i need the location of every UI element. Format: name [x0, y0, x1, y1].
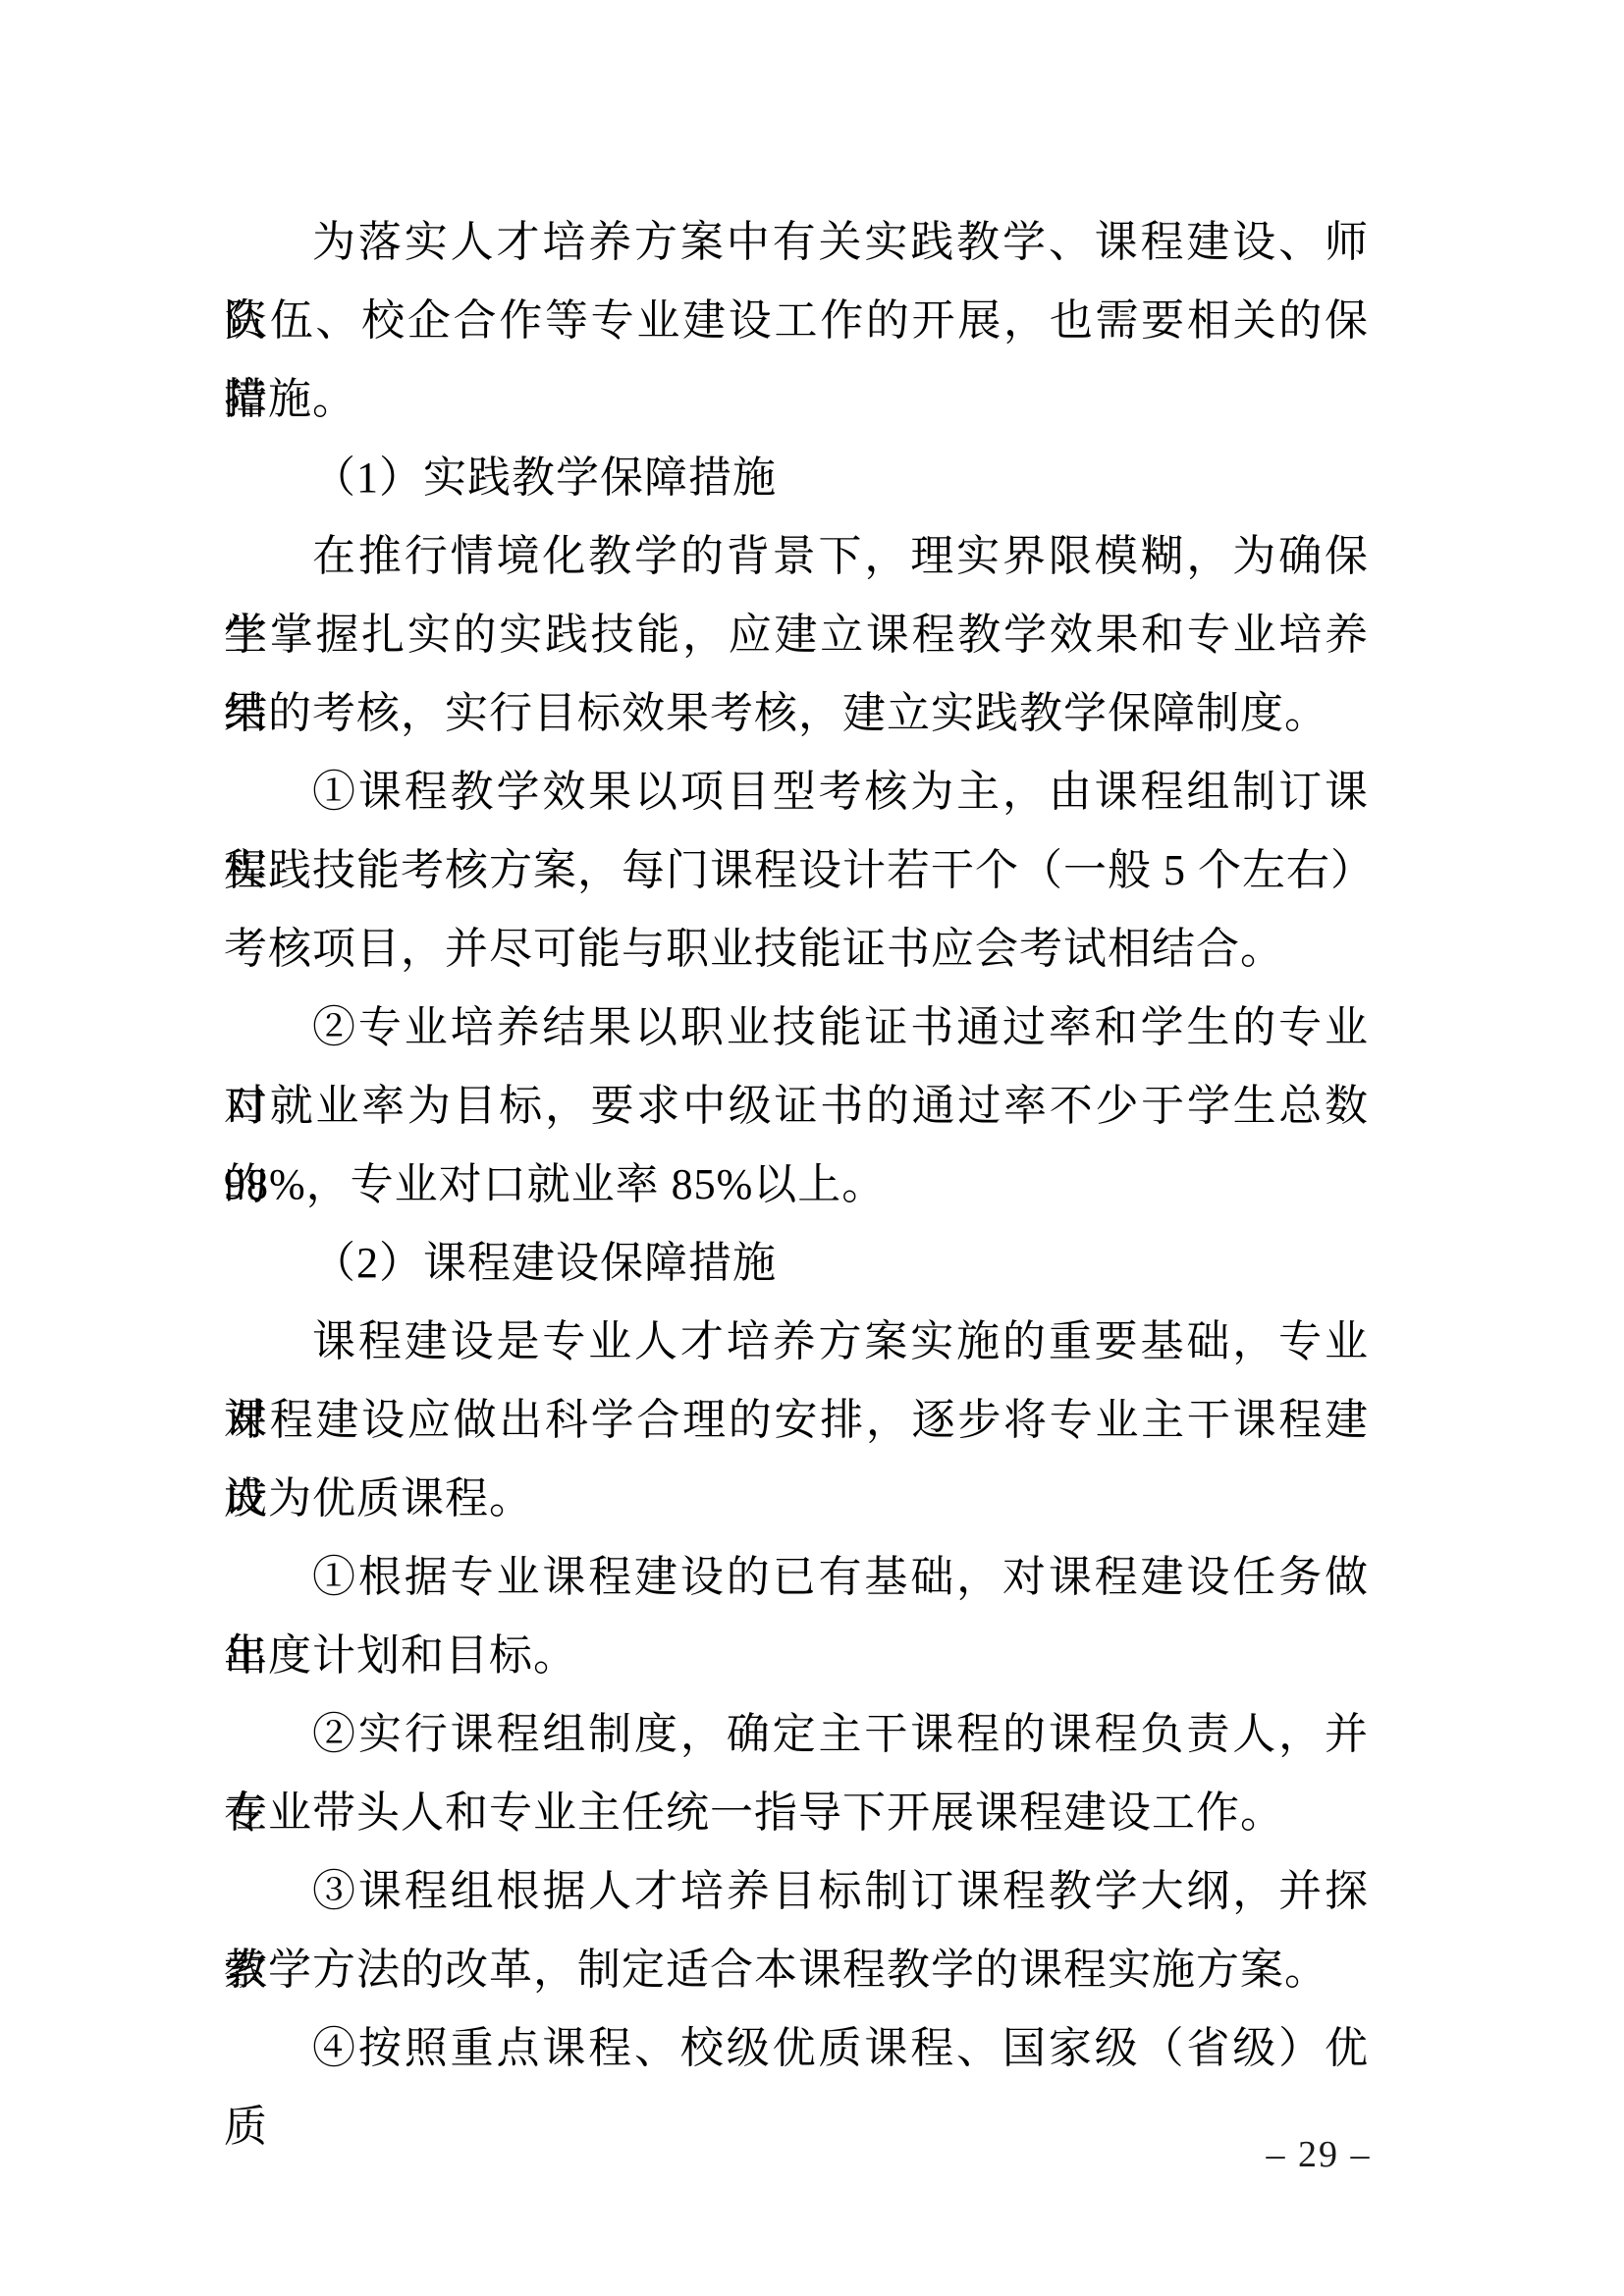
text-line: ④按照重点课程、校级优质课程、国家级（省级）优质: [224, 2009, 1369, 2088]
text-line: ③课程组根据人才培养目标制订课程教学大纲，并探索: [224, 1852, 1369, 1931]
text-line: ①课程教学效果以项目型考核为主，由课程组制订课程: [224, 753, 1369, 831]
text-line: 为落实人才培养方案中有关实践教学、课程建设、师资: [224, 203, 1369, 282]
text-line: 课程建设应做出科学合理的安排，逐步将专业主干课程建设: [224, 1381, 1369, 1460]
text-line: ①根据专业课程建设的已有基础，对课程建设任务做出: [224, 1538, 1369, 1617]
text-line: 成为优质课程。: [224, 1460, 1369, 1538]
text-line: （1）实践教学保障措施: [224, 439, 1369, 517]
text-line: 实践技能考核方案，每门课程设计若干个（一般 5 个左右）: [224, 831, 1369, 910]
document-page: 为落实人才培养方案中有关实践教学、课程建设、师资 队伍、校企合作等专业建设工作的…: [0, 0, 1624, 2296]
text-line: 队伍、校企合作等专业建设工作的开展，也需要相关的保障: [224, 282, 1369, 360]
text-line: 在推行情境化教学的背景下，理实界限模糊，为确保学: [224, 517, 1369, 596]
text-line: 教学方法的改革，制定适合本课程教学的课程实施方案。: [224, 1931, 1369, 2009]
text-line: ②实行课程组制度，确定主干课程的课程负责人，并在: [224, 1695, 1369, 1774]
text-line: 课程建设是专业人才培养方案实施的重要基础，专业对: [224, 1303, 1369, 1381]
text-line: 生掌握扎实的实践技能，应建立课程教学效果和专业培养结: [224, 596, 1369, 674]
text-line: 考核项目，并尽可能与职业技能证书应会考试相结合。: [224, 910, 1369, 988]
text-line: ②专业培养结果以职业技能证书通过率和学生的专业对: [224, 988, 1369, 1067]
document-body: 为落实人才培养方案中有关实践教学、课程建设、师资 队伍、校企合作等专业建设工作的…: [224, 203, 1369, 2088]
text-line: 口就业率为目标，要求中级证书的通过率不少于学生总数的: [224, 1067, 1369, 1146]
text-line: 果的考核，实行目标效果考核，建立实践教学保障制度。: [224, 674, 1369, 753]
text-line: 年度计划和目标。: [224, 1617, 1369, 1695]
text-line: 措施。: [224, 360, 1369, 439]
text-line: 98%，专业对口就业率 85%以上。: [224, 1146, 1369, 1224]
text-line: 专业带头人和专业主任统一指导下开展课程建设工作。: [224, 1774, 1369, 1852]
page-number: – 29 –: [1235, 2123, 1402, 2186]
text-line: （2）课程建设保障措施: [224, 1224, 1369, 1303]
